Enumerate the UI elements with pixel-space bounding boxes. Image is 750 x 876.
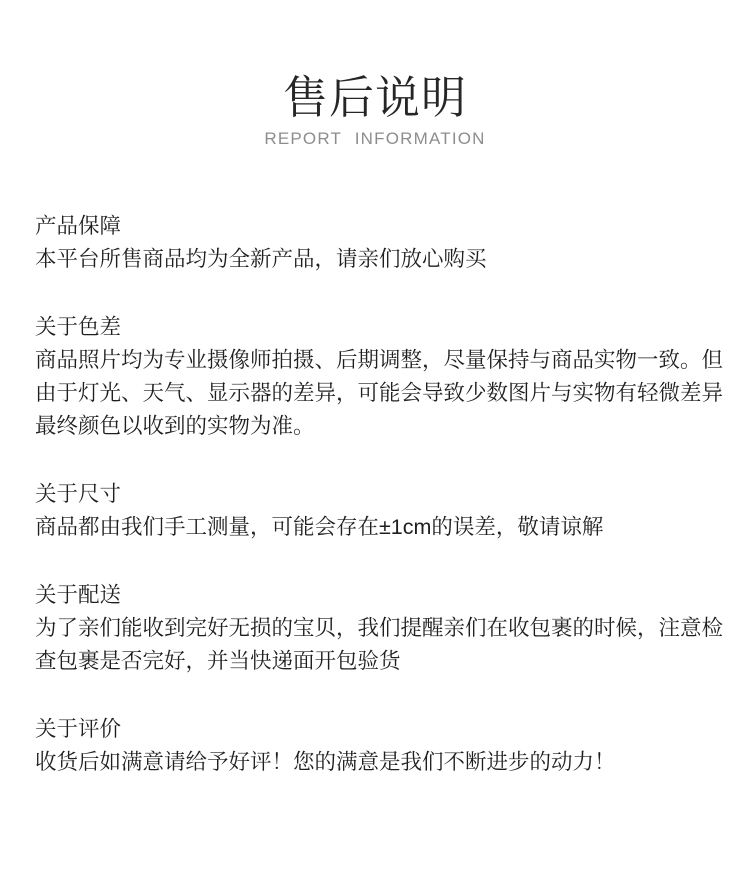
page-title: 售后说明 <box>0 70 750 126</box>
section-review: 关于评价 收货后如满意请给予好评！您的满意是我们不断进步的动力！ <box>35 713 735 779</box>
section-product-guarantee: 产品保障 本平台所售商品均为全新产品，请亲们放心购买 <box>35 210 735 276</box>
section-heading: 关于配送 <box>35 579 735 612</box>
section-heading: 产品保障 <box>35 210 735 243</box>
page-subtitle: REPORT INFORMATION <box>0 128 750 149</box>
after-sales-info-page: 售后说明 REPORT INFORMATION 产品保障 本平台所售商品均为全新… <box>0 0 750 876</box>
section-color-difference: 关于色差 商品照片均为专业摄像师拍摄、后期调整，尽量保持与商品实物一致。但由于灯… <box>35 311 735 443</box>
section-heading: 关于色差 <box>35 311 735 344</box>
section-heading: 关于尺寸 <box>35 478 735 511</box>
section-body: 为了亲们能收到完好无损的宝贝，我们提醒亲们在收包裹的时候，注意检查包裹是否完好，… <box>35 612 735 678</box>
page-header: 售后说明 REPORT INFORMATION <box>0 0 750 149</box>
section-body: 商品都由我们手工测量，可能会存在±1cm的误差，敬请谅解 <box>35 511 735 544</box>
section-size: 关于尺寸 商品都由我们手工测量，可能会存在±1cm的误差，敬请谅解 <box>35 478 735 544</box>
section-heading: 关于评价 <box>35 713 735 746</box>
section-body: 收货后如满意请给予好评！您的满意是我们不断进步的动力！ <box>35 746 735 779</box>
section-body: 本平台所售商品均为全新产品，请亲们放心购买 <box>35 243 735 276</box>
sections-container: 产品保障 本平台所售商品均为全新产品，请亲们放心购买 关于色差 商品照片均为专业… <box>0 149 750 779</box>
section-delivery: 关于配送 为了亲们能收到完好无损的宝贝，我们提醒亲们在收包裹的时候，注意检查包裹… <box>35 579 735 678</box>
section-body: 商品照片均为专业摄像师拍摄、后期调整，尽量保持与商品实物一致。但由于灯光、天气、… <box>35 344 735 443</box>
